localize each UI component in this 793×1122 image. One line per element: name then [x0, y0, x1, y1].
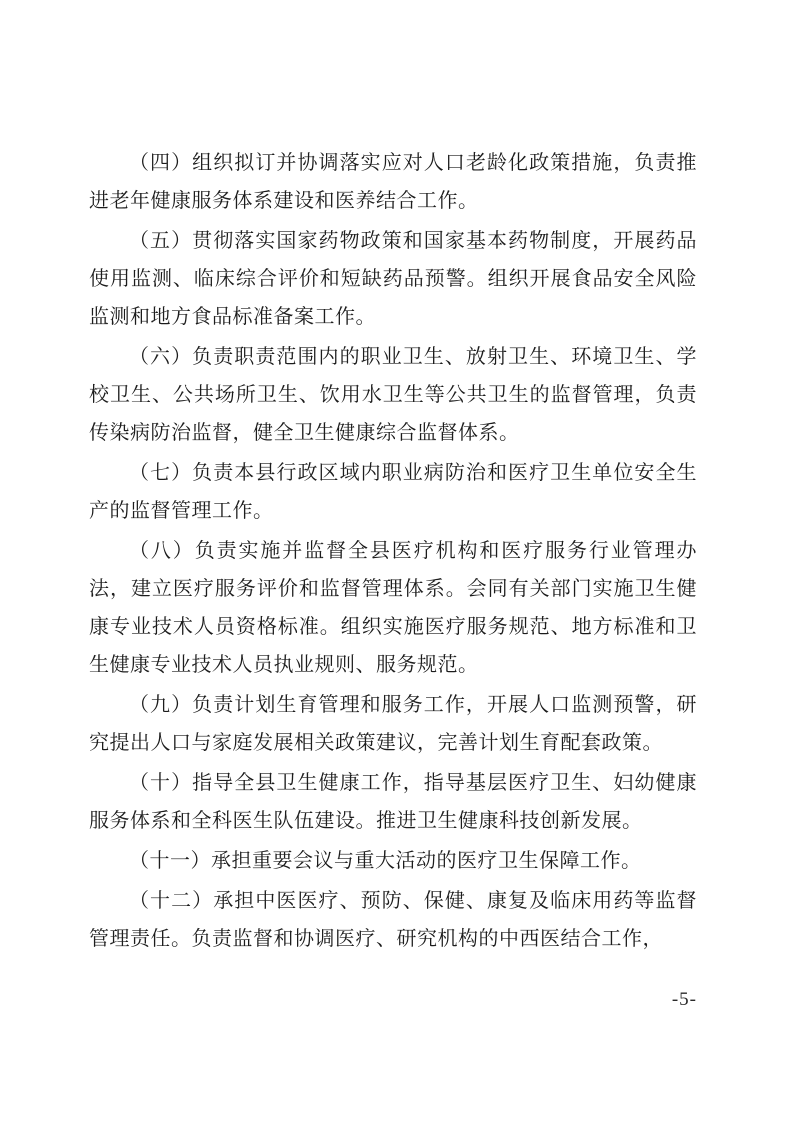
- clause-paragraph-10: （十）指导全县卫生健康工作，指导基层医疗卫生、妇幼健康服务体系和全科医生队伍建设…: [89, 764, 697, 840]
- clause-paragraph-4: （四）组织拟订并协调落实应对人口老龄化政策措施，负责推进老年健康服务体系建设和医…: [89, 144, 697, 220]
- document-body: （四）组织拟订并协调落实应对人口老龄化政策措施，负责推进老年健康服务体系建设和医…: [89, 144, 697, 960]
- clause-paragraph-11: （十一）承担重要会议与重大活动的医疗卫生保障工作。: [89, 842, 697, 880]
- page-number: -5-: [672, 988, 697, 1012]
- clause-paragraph-12: （十二）承担中医医疗、预防、保健、康复及临床用药等监督管理责任。负责监督和协调医…: [89, 882, 697, 958]
- clause-paragraph-7: （七）负责本县行政区域内职业病防治和医疗卫生单位安全生产的监督管理工作。: [89, 454, 697, 530]
- clause-paragraph-9: （九）负责计划生育管理和服务工作，开展人口监测预警，研究提出人口与家庭发展相关政…: [89, 686, 697, 762]
- document-page: （四）组织拟订并协调落实应对人口老龄化政策措施，负责推进老年健康服务体系建设和医…: [0, 0, 793, 1122]
- clause-paragraph-5: （五）贯彻落实国家药物政策和国家基本药物制度，开展药品使用监测、临床综合评价和短…: [89, 222, 697, 336]
- clause-paragraph-6: （六）负责职责范围内的职业卫生、放射卫生、环境卫生、学校卫生、公共场所卫生、饮用…: [89, 338, 697, 452]
- clause-paragraph-8: （八）负责实施并监督全县医疗机构和医疗服务行业管理办法，建立医疗服务评价和监督管…: [89, 532, 697, 684]
